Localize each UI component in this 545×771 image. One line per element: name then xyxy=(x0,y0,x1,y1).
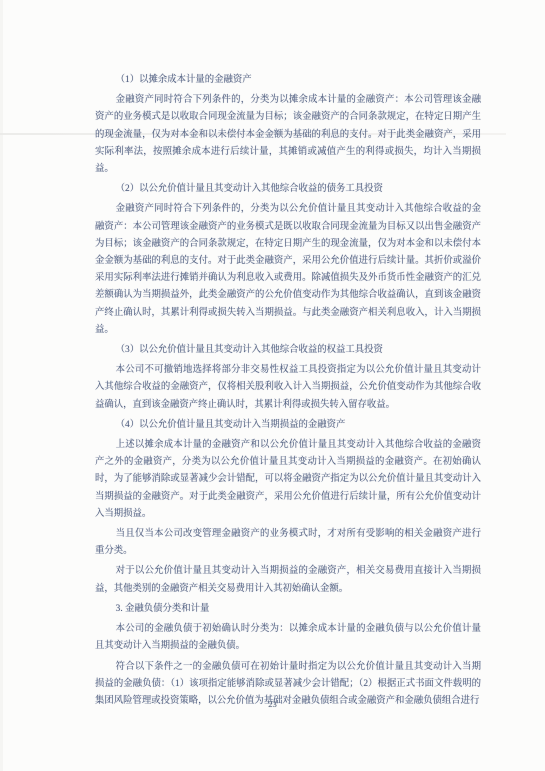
section-heading-fvoci-debt-instruments: （2）以公允价值计量且其变动计入其他综合收益的债务工具投资 xyxy=(95,181,481,198)
paragraph-fvoci-debt-instruments: 金融资产同时符合下列条件的，分类为以公允价值计量且其变动计入其他综合收益的金融资… xyxy=(95,201,481,339)
section-heading-fvoci-equity-instruments: （3）以公允价值计量且其变动计入其他综合收益的权益工具投资 xyxy=(95,342,481,359)
paragraph-liability-classification: 本公司的金融负债于初始确认时分类为：以摊余成本计量的金融负债与以公允价值计量且其… xyxy=(95,621,481,655)
document-body: （1）以摊余成本计量的金融资产 金融资产同时符合下列条件的，分类为以摊余成本计量… xyxy=(95,72,481,710)
paragraph-fvoci-equity-instruments: 本公司不可撤销地选择将部分非交易性权益工具投资指定为以公允价值计量且其变动计入其… xyxy=(95,362,481,414)
scan-edge-tint xyxy=(0,0,3,771)
section-heading-amortized-cost-assets: （1）以摊余成本计量的金融资产 xyxy=(95,72,481,89)
paragraph-reclassification: 当且仅当本公司改变管理金融资产的业务模式时，才对所有受影响的相关金融资产进行重分… xyxy=(95,526,481,560)
paragraph-fvtpl-assets: 上述以摊余成本计量的金融资产和以公允价值计量且其变动计入其他综合收益的金融资产之… xyxy=(95,437,481,523)
document-page: （1）以摊余成本计量的金融资产 金融资产同时符合下列条件的，分类为以摊余成本计量… xyxy=(0,0,545,771)
page-number: 23 xyxy=(0,699,545,709)
paragraph-transaction-costs: 对于以公允价值计量且其变动计入当期损益的金融资产，相关交易费用直接计入当期损益，… xyxy=(95,563,481,597)
section-heading-financial-liabilities: 3. 金融负债分类和计量 xyxy=(95,601,481,618)
section-heading-fvtpl-assets: （4）以公允价值计量且其变动计入当期损益的金融资产 xyxy=(95,417,481,434)
paragraph-amortized-cost-assets: 金融资产同时符合下列条件的，分类为以摊余成本计量的金融资产：本公司管理该金融资产… xyxy=(95,92,481,178)
